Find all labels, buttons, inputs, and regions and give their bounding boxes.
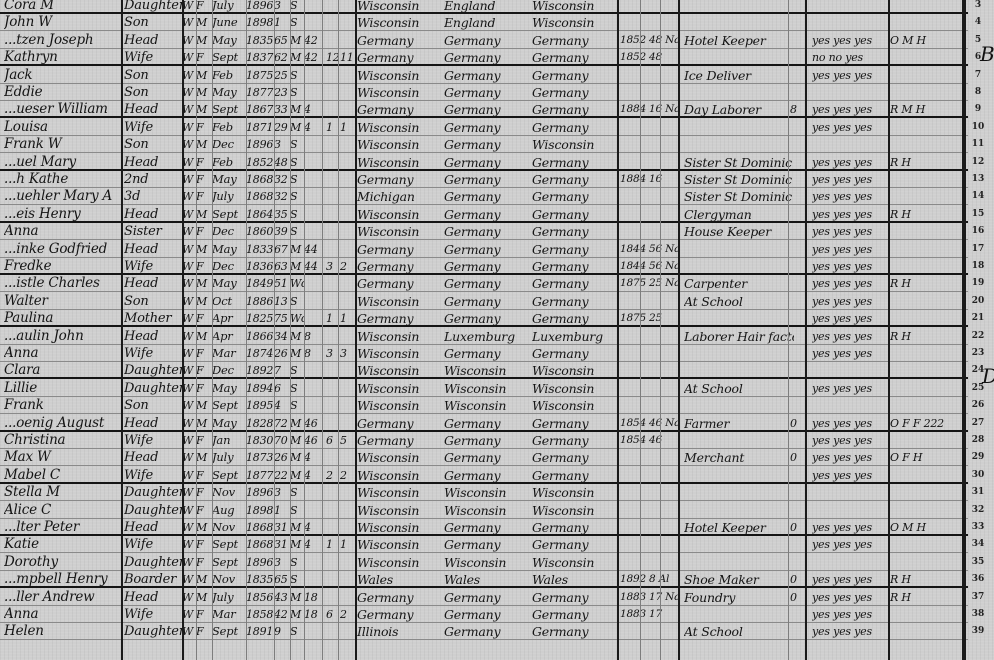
table-row: Cora MDaughterWFJuly18963SWisconsinEngla… (0, 0, 968, 14)
cell-literacy (812, 397, 892, 414)
cell-sex: M (196, 293, 210, 310)
line-number: 16 (968, 223, 988, 240)
cell-immigration: 1892 8 Al (620, 571, 678, 588)
cell-sex: M (196, 206, 210, 223)
cell-month: Feb (212, 67, 246, 84)
cell-literacy: yes yes yes (812, 67, 892, 84)
table-row: ...oenig AugustHeadWMMay182872M46Germany… (0, 415, 968, 432)
cell-relation: Wife (124, 432, 182, 449)
cell-name: ...uel Mary (4, 154, 116, 171)
cell-age: 7 (274, 362, 290, 379)
cell-race: W (182, 571, 196, 588)
cell-age: 72 (274, 415, 290, 432)
cell-months-unemployed: 0 (790, 449, 804, 466)
cell-age: 31 (274, 519, 290, 536)
cell-birthplace: Germany (357, 310, 443, 327)
cell-living (340, 571, 354, 588)
cell-relation: Son (124, 293, 182, 310)
column-rule-relation (182, 0, 184, 660)
cell-owner (890, 258, 960, 275)
cell-relation: Head (124, 449, 182, 466)
cell-relation: Son (124, 136, 182, 153)
cell-year: 1856 (246, 589, 274, 606)
cell-birthplace: Germany (357, 241, 443, 258)
cell-owner: R M H (890, 101, 960, 118)
cell-race: W (182, 484, 196, 501)
cell-race: W (182, 84, 196, 101)
cell-relation: Wife (124, 606, 182, 623)
cell-name: Stella M (4, 484, 116, 501)
cell-owner (890, 188, 960, 205)
cell-sex: F (196, 310, 210, 327)
cell-living: 2 (340, 258, 354, 275)
line-number: 36 (968, 571, 988, 588)
cell-occupation (684, 14, 794, 31)
table-row: ...inke GodfriedHeadWMMay183367M44German… (0, 241, 968, 258)
cell-relation: Daughter (124, 362, 182, 379)
cell-months-unemployed (790, 136, 804, 153)
cell-birthplace: Wisconsin (357, 67, 443, 84)
cell-living (340, 136, 354, 153)
cell-relation: Daughter (124, 484, 182, 501)
cell-father-bp: Germany (444, 258, 532, 275)
cell-relation: Head (124, 589, 182, 606)
cell-age: 6 (274, 380, 290, 397)
cell-living (340, 380, 354, 397)
cell-name: ...ller Andrew (4, 589, 116, 606)
cell-immigration (620, 223, 678, 240)
cell-owner (890, 136, 960, 153)
cell-sex: F (196, 380, 210, 397)
column-rule (338, 0, 339, 660)
cell-marital: M (290, 241, 304, 258)
cell-year: 1833 (246, 241, 274, 258)
cell-year: 1875 (246, 67, 274, 84)
cell-month: Sept (212, 554, 246, 571)
cell-month: Sept (212, 206, 246, 223)
cell-age: 65 (274, 32, 290, 49)
cell-immigration (620, 84, 678, 101)
cell-month: Apr (212, 310, 246, 327)
cell-mother-bp: Wisconsin (532, 380, 620, 397)
cell-immigration (620, 623, 678, 640)
cell-months-unemployed (790, 14, 804, 31)
cell-relation: Daughter (124, 554, 182, 571)
cell-marital: S (290, 0, 304, 14)
cell-age: 51 (274, 275, 290, 292)
cell-age: 26 (274, 345, 290, 362)
cell-name: Cora M (4, 0, 116, 14)
cell-age: 3 (274, 554, 290, 571)
cell-living (340, 171, 354, 188)
cell-immigration (620, 0, 678, 14)
cell-marital: S (290, 84, 304, 101)
cell-occupation: Laborer Hair factory (684, 328, 794, 345)
cell-immigration: 1854 46 (620, 432, 678, 449)
cell-months-unemployed: 8 (790, 101, 804, 118)
cell-relation: Boarder (124, 571, 182, 588)
cell-living (340, 206, 354, 223)
cell-month: May (212, 84, 246, 101)
cell-race: W (182, 606, 196, 623)
cell-year: 1886 (246, 293, 274, 310)
cell-sex: M (196, 449, 210, 466)
cell-birthplace: Wisconsin (357, 467, 443, 484)
cell-month: Nov (212, 571, 246, 588)
cell-owner (890, 67, 960, 84)
line-number: 39 (968, 623, 988, 640)
cell-occupation: Ice Deliver (684, 67, 794, 84)
cell-mother-bp: Germany (532, 467, 620, 484)
cell-mother-bp: Wisconsin (532, 484, 620, 501)
column-rule-margin (962, 0, 966, 660)
cell-occupation: Hotel Keeper (684, 519, 794, 536)
cell-owner: O M H (890, 32, 960, 49)
cell-months-unemployed (790, 362, 804, 379)
cell-months-unemployed (790, 258, 804, 275)
cell-literacy: no no yes (812, 49, 892, 66)
table-row: John WSonWMJune18981SWisconsinEnglandWis… (0, 14, 968, 31)
table-row: AnnaSisterWFDec186039SWisconsinGermanyGe… (0, 223, 968, 240)
cell-literacy: yes yes yes (812, 171, 892, 188)
table-row: ...uehler Mary A3dWFJuly186832SMichiganG… (0, 188, 968, 205)
line-number: 5 (968, 32, 988, 49)
cell-mother-bp: Germany (532, 589, 620, 606)
cell-immigration (620, 519, 678, 536)
cell-mother-bp: Germany (532, 101, 620, 118)
cell-living: 2 (340, 606, 354, 623)
cell-occupation (684, 136, 794, 153)
cell-race: W (182, 49, 196, 66)
line-number: 24 (968, 362, 988, 379)
cell-name: ...eis Henry (4, 206, 116, 223)
cell-literacy: yes yes yes (812, 449, 892, 466)
cell-literacy: yes yes yes (812, 415, 892, 432)
cell-owner (890, 397, 960, 414)
cell-mother-bp: Germany (532, 32, 620, 49)
cell-birthplace: Germany (357, 432, 443, 449)
table-row: ...h Kathe2ndWFMay186832SGermanyGermanyG… (0, 171, 968, 188)
cell-marital: S (290, 571, 304, 588)
cell-sex: F (196, 432, 210, 449)
cell-year: 1896 (246, 484, 274, 501)
cell-literacy (812, 554, 892, 571)
cell-immigration (620, 154, 678, 171)
cell-father-bp: Germany (444, 606, 532, 623)
cell-literacy: yes yes yes (812, 328, 892, 345)
cell-race: W (182, 397, 196, 414)
cell-age: 3 (274, 0, 290, 14)
cell-literacy: yes yes yes (812, 432, 892, 449)
cell-occupation (684, 49, 794, 66)
cell-age: 34 (274, 328, 290, 345)
cell-months-unemployed (790, 119, 804, 136)
cell-owner (890, 171, 960, 188)
cell-father-bp: Germany (444, 449, 532, 466)
cell-name: Jack (4, 67, 116, 84)
cell-mother-bp: Germany (532, 241, 620, 258)
cell-occupation: At School (684, 293, 794, 310)
column-rule-birthplace (355, 0, 357, 660)
cell-months-unemployed: 0 (790, 415, 804, 432)
cell-literacy (812, 84, 892, 101)
cell-relation: Wife (124, 119, 182, 136)
cell-name: Walter (4, 293, 116, 310)
cell-occupation (684, 84, 794, 101)
cell-months-unemployed (790, 32, 804, 49)
cell-immigration: 1884 16 (620, 171, 678, 188)
cell-age: 13 (274, 293, 290, 310)
cell-father-bp: Wisconsin (444, 380, 532, 397)
census-sheet: Cora MDaughterWFJuly18963SWisconsinEngla… (0, 0, 994, 660)
cell-months-unemployed (790, 623, 804, 640)
cell-age: 3 (274, 484, 290, 501)
cell-owner: R H (890, 275, 960, 292)
cell-immigration: 1875 25 Na (620, 275, 678, 292)
cell-relation: Head (124, 241, 182, 258)
cell-owner: R H (890, 589, 960, 606)
cell-marital: Wd (290, 275, 304, 292)
cell-occupation: Foundry (684, 589, 794, 606)
cell-race: W (182, 449, 196, 466)
cell-name: ...lter Peter (4, 519, 116, 536)
table-row: WalterSonWMOct188613SWisconsinGermanyGer… (0, 293, 968, 310)
cell-month: July (212, 0, 246, 14)
cell-immigration (620, 397, 678, 414)
cell-months-unemployed: 0 (790, 519, 804, 536)
cell-owner: R H (890, 328, 960, 345)
cell-year: 1866 (246, 328, 274, 345)
cell-sex: M (196, 67, 210, 84)
cell-father-bp: Wisconsin (444, 484, 532, 501)
cell-month: Sept (212, 536, 246, 553)
line-number: 30 (968, 467, 988, 484)
cell-race: W (182, 328, 196, 345)
cell-immigration: 1852 48 (620, 49, 678, 66)
cell-father-bp: Germany (444, 67, 532, 84)
cell-literacy: yes yes yes (812, 293, 892, 310)
cell-age: 22 (274, 467, 290, 484)
cell-literacy: yes yes yes (812, 275, 892, 292)
cell-occupation (684, 432, 794, 449)
table-row: ...ller AndrewHeadWMJuly185643M18Germany… (0, 589, 968, 606)
cell-immigration (620, 206, 678, 223)
cell-race: W (182, 293, 196, 310)
column-rule (274, 0, 275, 660)
cell-months-unemployed (790, 345, 804, 362)
cell-living (340, 32, 354, 49)
cell-marital: S (290, 293, 304, 310)
cell-literacy: yes yes yes (812, 258, 892, 275)
cell-occupation: Sister St Dominic (684, 188, 794, 205)
cell-mother-bp: Germany (532, 119, 620, 136)
cell-marital: M (290, 467, 304, 484)
cell-birthplace: Wisconsin (357, 449, 443, 466)
cell-owner (890, 310, 960, 327)
cell-age: 32 (274, 188, 290, 205)
cell-literacy: yes yes yes (812, 380, 892, 397)
cell-age: 43 (274, 589, 290, 606)
line-number: 38 (968, 606, 988, 623)
table-row: KatieWifeWFSept186831M411WisconsinGerman… (0, 536, 968, 553)
cell-year: 1835 (246, 571, 274, 588)
line-number: 7 (968, 67, 988, 84)
cell-year: 1864 (246, 206, 274, 223)
line-number: 15 (968, 206, 988, 223)
cell-father-bp: Germany (444, 467, 532, 484)
cell-marital: M (290, 589, 304, 606)
cell-year: 1896 (246, 136, 274, 153)
cell-sex: M (196, 415, 210, 432)
cell-year: 1894 (246, 380, 274, 397)
cell-mother-bp: Germany (532, 345, 620, 362)
cell-birthplace: Wisconsin (357, 293, 443, 310)
cell-birthplace: Wisconsin (357, 154, 443, 171)
cell-race: W (182, 32, 196, 49)
cell-immigration (620, 345, 678, 362)
cell-father-bp: Germany (444, 432, 532, 449)
cell-race: W (182, 101, 196, 118)
cell-race: W (182, 519, 196, 536)
cell-age: 62 (274, 49, 290, 66)
cell-owner (890, 49, 960, 66)
cell-birthplace: Germany (357, 171, 443, 188)
cell-father-bp: Germany (444, 623, 532, 640)
cell-father-bp: Germany (444, 49, 532, 66)
cell-birthplace: Germany (357, 101, 443, 118)
cell-living (340, 241, 354, 258)
cell-months-unemployed (790, 0, 804, 14)
cell-months-unemployed: 0 (790, 571, 804, 588)
cell-living (340, 623, 354, 640)
cell-year: 1891 (246, 623, 274, 640)
cell-living (340, 502, 354, 519)
cell-name: Helen (4, 623, 116, 640)
cell-age: 3 (274, 136, 290, 153)
line-number: 6 (968, 49, 988, 66)
cell-relation: 3d (124, 188, 182, 205)
cell-month: Sept (212, 101, 246, 118)
cell-year: 1825 (246, 310, 274, 327)
cell-name: Anna (4, 223, 116, 240)
cell-immigration: 1844 56 Na (620, 258, 678, 275)
table-row: FrankSonWMSept18954SWisconsinWisconsinWi… (0, 397, 968, 414)
cell-mother-bp: Germany (532, 84, 620, 101)
cell-living: 1 (340, 119, 354, 136)
cell-birthplace: Wisconsin (357, 484, 443, 501)
cell-literacy: yes yes yes (812, 606, 892, 623)
cell-mother-bp: Wisconsin (532, 554, 620, 571)
cell-birthplace: Germany (357, 415, 443, 432)
cell-months-unemployed (790, 84, 804, 101)
cell-living: 11 (340, 49, 354, 66)
cell-mother-bp: Wisconsin (532, 362, 620, 379)
cell-owner: R H (890, 571, 960, 588)
cell-name: Kathryn (4, 49, 116, 66)
cell-sex: F (196, 362, 210, 379)
cell-name: Frank (4, 397, 116, 414)
table-row: PaulinaMotherWFApr182575Wd11GermanyGerma… (0, 310, 968, 327)
cell-mother-bp: Germany (532, 49, 620, 66)
cell-name: Anna (4, 345, 116, 362)
cell-month: Feb (212, 119, 246, 136)
cell-father-bp: Luxemburg (444, 328, 532, 345)
cell-sex: F (196, 484, 210, 501)
cell-birthplace: Germany (357, 32, 443, 49)
cell-relation: Mother (124, 310, 182, 327)
cell-marital: S (290, 554, 304, 571)
cell-relation: Head (124, 154, 182, 171)
cell-immigration: 1875 25 (620, 310, 678, 327)
cell-father-bp: Wales (444, 571, 532, 588)
cell-marital: S (290, 188, 304, 205)
cell-year: 1860 (246, 223, 274, 240)
cell-literacy: yes yes yes (812, 345, 892, 362)
cell-immigration (620, 502, 678, 519)
table-row: LillieDaughterWFMay18946SWisconsinWiscon… (0, 380, 968, 397)
cell-literacy (812, 362, 892, 379)
cell-race: W (182, 223, 196, 240)
cell-living (340, 362, 354, 379)
cell-month: Feb (212, 154, 246, 171)
cell-literacy: yes yes yes (812, 467, 892, 484)
cell-months-unemployed (790, 380, 804, 397)
cell-living (340, 397, 354, 414)
cell-month: May (212, 32, 246, 49)
cell-age: 9 (274, 623, 290, 640)
cell-occupation: Farmer (684, 415, 794, 432)
cell-months-unemployed (790, 467, 804, 484)
table-row: ...aulin JohnHeadWMApr186634M8WisconsinL… (0, 328, 968, 345)
table-row: ...ueser WilliamHeadWMSept186733M4German… (0, 101, 968, 118)
cell-relation: Head (124, 32, 182, 49)
cell-literacy: yes yes yes (812, 623, 892, 640)
table-row: ...uel MaryHeadWFFeb185248SWisconsinGerm… (0, 154, 968, 171)
cell-name: Dorothy (4, 554, 116, 571)
cell-name: ...aulin John (4, 328, 116, 345)
cell-marital: M (290, 328, 304, 345)
cell-name: Katie (4, 536, 116, 553)
cell-month: July (212, 188, 246, 205)
cell-months-unemployed: 0 (790, 589, 804, 606)
cell-birthplace: Wisconsin (357, 0, 443, 14)
cell-marital: M (290, 536, 304, 553)
cell-sex: M (196, 32, 210, 49)
cell-birthplace: Wales (357, 571, 443, 588)
cell-living (340, 449, 354, 466)
cell-relation: Head (124, 519, 182, 536)
cell-year: 1895 (246, 397, 274, 414)
cell-marital: M (290, 32, 304, 49)
cell-sex: M (196, 571, 210, 588)
cell-immigration: 1852 48 Na (620, 32, 678, 49)
cell-sex: M (196, 14, 210, 31)
cell-race: W (182, 589, 196, 606)
cell-sex: M (196, 101, 210, 118)
cell-owner (890, 554, 960, 571)
cell-sex: F (196, 188, 210, 205)
cell-literacy: yes yes yes (812, 241, 892, 258)
cell-sex: M (196, 84, 210, 101)
cell-occupation: Sister St Dominic (684, 154, 794, 171)
cell-birthplace: Illinois (357, 623, 443, 640)
line-number: 10 (968, 119, 988, 136)
cell-age: 42 (274, 606, 290, 623)
line-number: 22 (968, 328, 988, 345)
line-number: 21 (968, 310, 988, 327)
cell-year: 1868 (246, 536, 274, 553)
cell-literacy (812, 136, 892, 153)
